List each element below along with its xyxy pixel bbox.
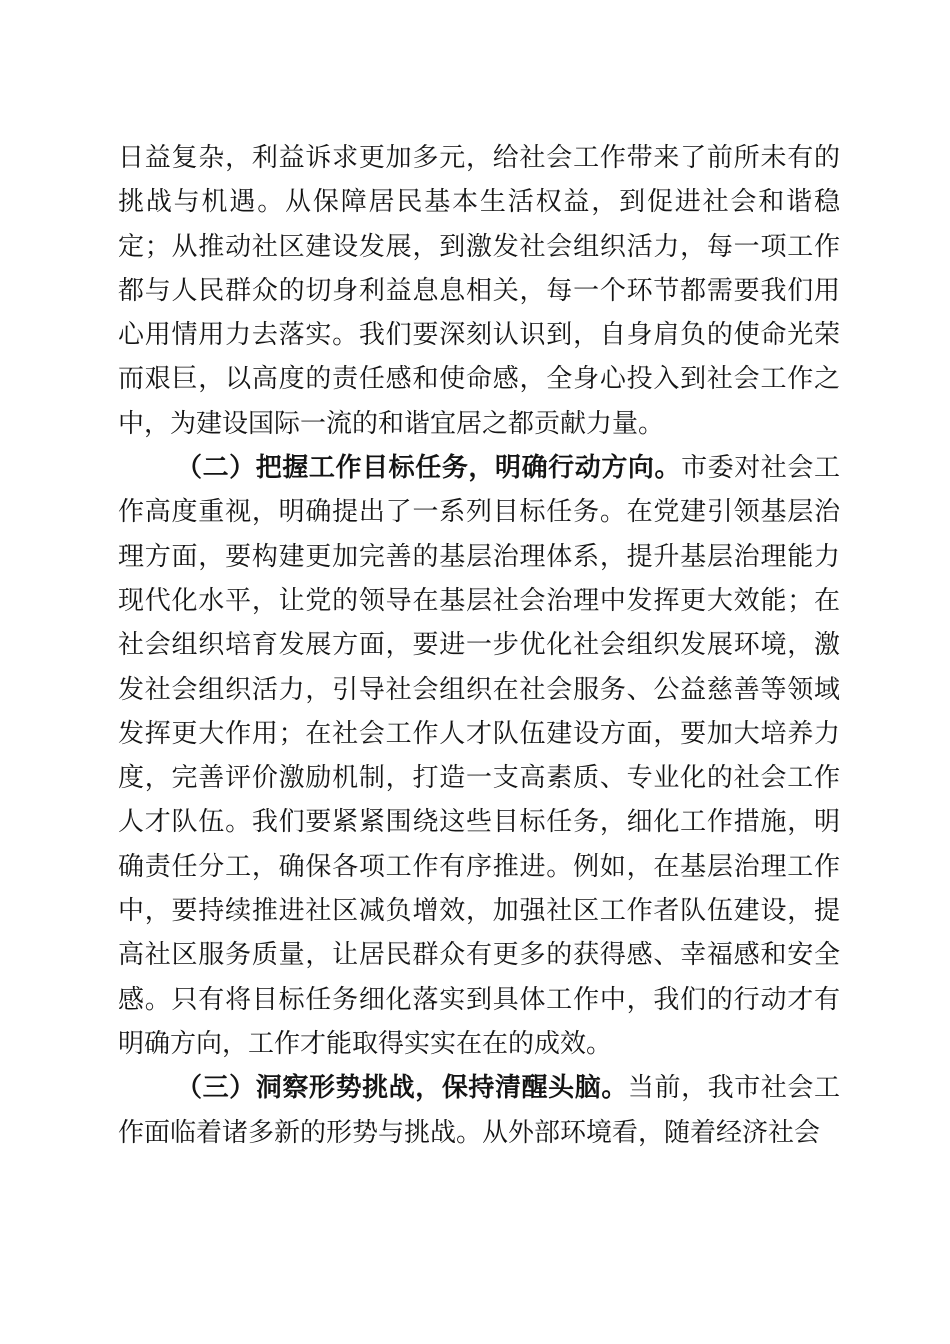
document-body: 日益复杂，利益诉求更加多元，给社会工作带来了前所未有的挑战与机遇。从保障居民基本… <box>118 136 840 1155</box>
paragraph-body-text: 日益复杂，利益诉求更加多元，给社会工作带来了前所未有的挑战与机遇。从保障居民基本… <box>118 143 840 438</box>
paragraph-section-2: （二）把握工作目标任务，明确行动方向。市委对社会工作高度重视，明确提出了一系列目… <box>118 446 840 1066</box>
paragraph-continuation: 日益复杂，利益诉求更加多元，给社会工作带来了前所未有的挑战与机遇。从保障居民基本… <box>118 136 840 446</box>
paragraph-lead-bold-text: （二）把握工作目标任务，明确行动方向。 <box>176 453 681 482</box>
paragraph-body-text: 市委对社会工作高度重视，明确提出了一系列目标任务。在党建引领基层治理方面，要构建… <box>118 453 840 1058</box>
paragraph-lead-bold-text: （三）洞察形势挑战，保持清醒头脑。 <box>176 1073 628 1102</box>
paragraph-section-3: （三）洞察形势挑战，保持清醒头脑。当前，我市社会工作面临着诸多新的形势与挑战。从… <box>118 1066 840 1155</box>
document-page: 日益复杂，利益诉求更加多元，给社会工作带来了前所未有的挑战与机遇。从保障居民基本… <box>0 0 950 1344</box>
